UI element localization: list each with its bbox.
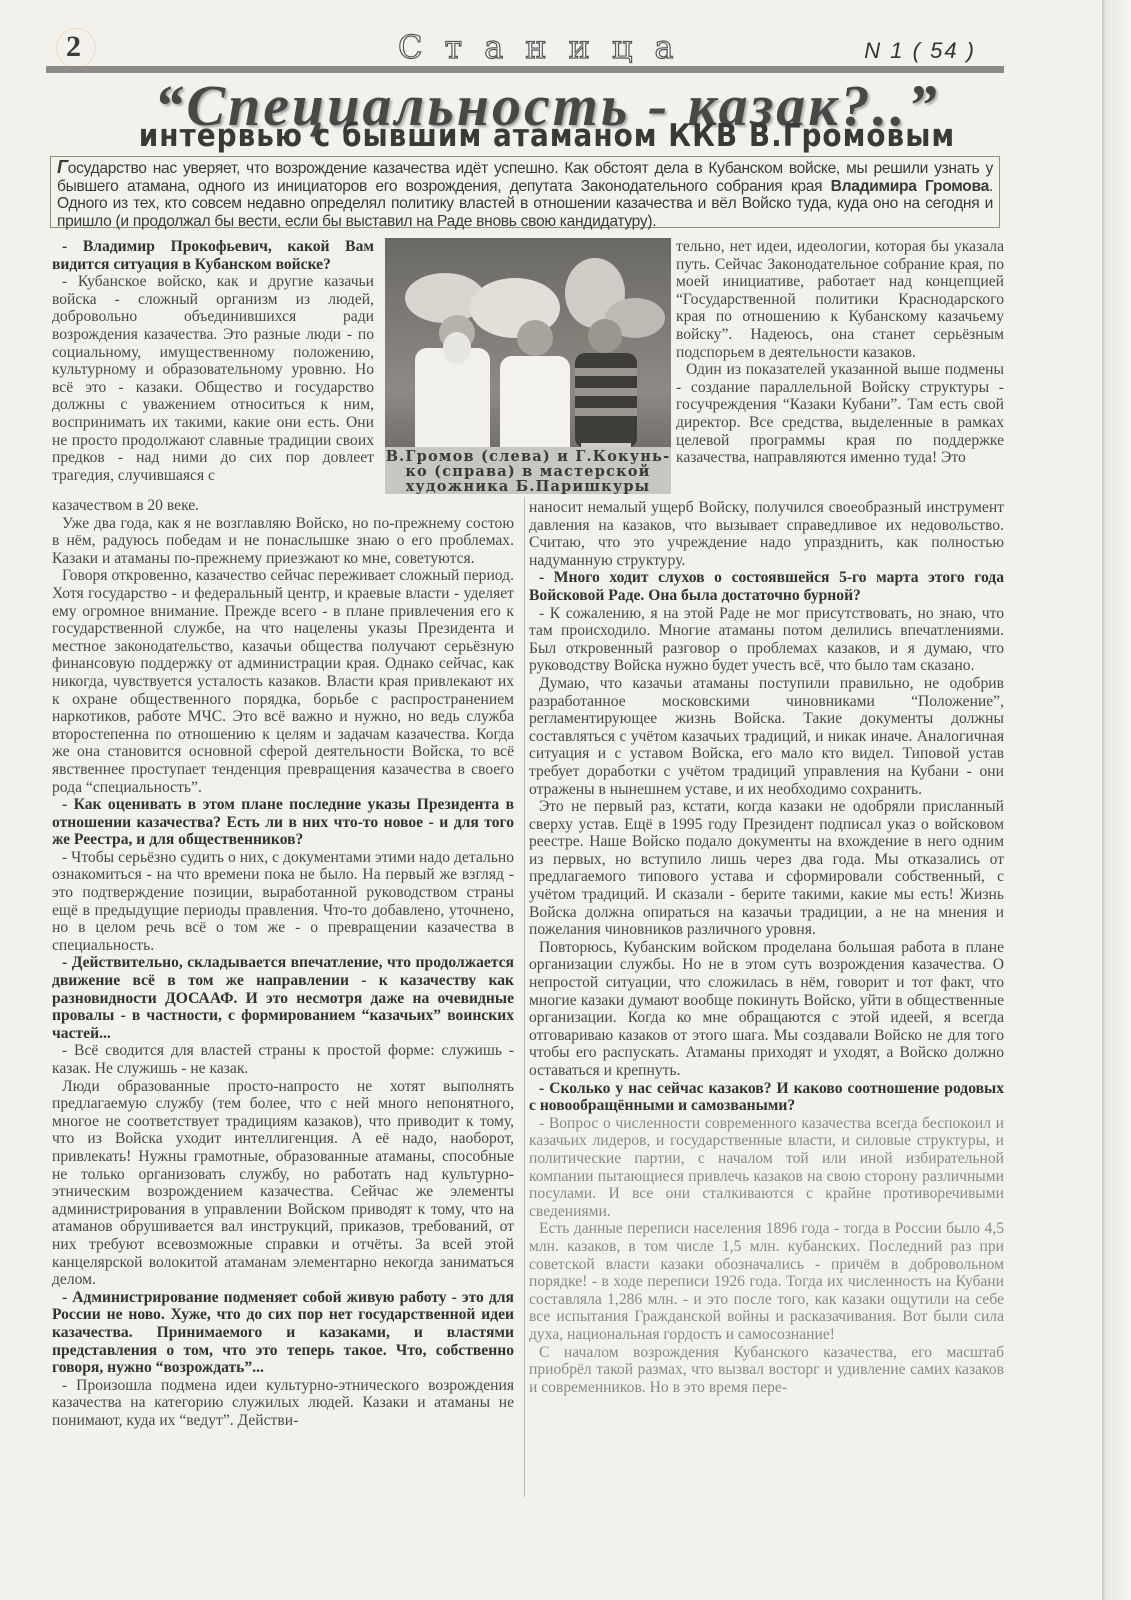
interview-answer: Один из показателей указанной выше подме… xyxy=(676,361,1004,467)
lead-paragraph: Государство нас уверяет, что возрождение… xyxy=(50,156,1000,228)
drop-cap: Г xyxy=(57,157,68,177)
newspaper-title: Станица xyxy=(398,28,696,66)
interview-answer: тельно, нет идеи, идеологии, которая бы … xyxy=(676,238,1004,361)
page-edge-shadow xyxy=(1102,0,1131,1600)
interview-answer: наносит немалый ущерб Войску, получился … xyxy=(529,499,1004,569)
interview-answer: Есть данные переписи населения 1896 года… xyxy=(529,1220,1004,1343)
interview-question: - Много ходит слухов о состоявшейся 5-го… xyxy=(529,569,1004,604)
interview-answer: Уже два года, как я не возглавляю Войско… xyxy=(52,515,514,568)
caption-line: ко (справа) в мастерской xyxy=(385,464,671,479)
interview-answer: - Всё сводится для властей страны к прос… xyxy=(52,1042,514,1077)
issue-number: N 1 ( 54 ) xyxy=(864,38,976,64)
interview-answer: - Вопрос о численности современного каза… xyxy=(529,1115,1004,1221)
subheadline: интервью с бывшим атаманом ККВ В.Громовы… xyxy=(46,118,1048,154)
interview-question: - Действительно, складывается впечатлени… xyxy=(52,954,514,1042)
interview-answer: Говоря откровенно, казачество сейчас пер… xyxy=(52,567,514,796)
column-1-top: - Владимир Прокофьевич, какой Вам видитс… xyxy=(52,238,374,484)
interview-answer: - Чтобы серьёзно судить о них, с докумен… xyxy=(52,849,514,955)
column-1-bottom: казачеством в 20 веке.Уже два года, как … xyxy=(52,497,514,1429)
interview-answer: Думаю, что казачьи атаманы поступили пра… xyxy=(529,675,1004,798)
interview-answer: - К сожалению, я на этой Раде не мог при… xyxy=(529,605,1004,675)
interview-answer: Это не первый раз, кстати, когда казаки … xyxy=(529,798,1004,939)
interview-answer: - Произошла подмена идеи культурно-этнич… xyxy=(52,1377,514,1430)
caption-line: художника Б.Паришкуры xyxy=(385,479,671,494)
interview-question: - Администрирование подменяет собой живу… xyxy=(52,1289,514,1377)
page-number: 2 xyxy=(66,30,81,64)
column-2-bottom: наносит немалый ущерб Войску, получился … xyxy=(529,499,1004,1396)
interview-question: - Как оценивать в этом плане последние у… xyxy=(52,796,514,849)
column-divider xyxy=(524,497,525,1497)
column-2-top: тельно, нет идеи, идеологии, которая бы … xyxy=(676,238,1004,467)
photo-caption: В.Громов (слева) и Г.Кокунь- ко (справа)… xyxy=(385,447,671,494)
interview-question: - Владимир Прокофьевич, какой Вам видитс… xyxy=(52,238,374,273)
interview-answer: казачеством в 20 веке. xyxy=(52,497,514,515)
interview-answer: Повторюсь, Кубанским войском проделана б… xyxy=(529,939,1004,1080)
interview-question: - Сколько у нас сейчас казаков? И каково… xyxy=(529,1080,1004,1115)
caption-line: В.Громов (слева) и Г.Кокунь- xyxy=(385,449,671,464)
lead-bold-name: Владимира Громова xyxy=(831,178,989,195)
interview-answer: Люди образованные просто-напросто не хот… xyxy=(52,1078,514,1289)
masthead: 2 Станица N 1 ( 54 ) xyxy=(46,28,1006,68)
interview-answer: - Кубанское войско, как и другие казачьи… xyxy=(52,273,374,484)
interview-answer: С началом возрождения Кубанского казачес… xyxy=(529,1344,1004,1397)
